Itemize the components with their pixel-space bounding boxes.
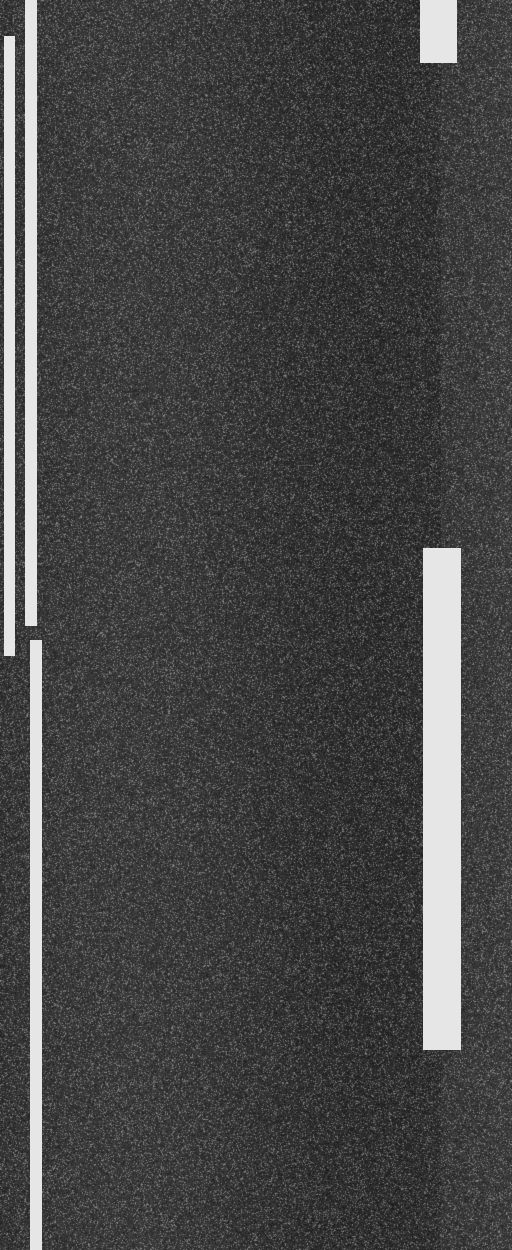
lane-dash-middle bbox=[423, 548, 461, 1050]
lane-dash-top bbox=[420, 0, 457, 63]
road-surface: Aerial top-down view of an asphalt road … bbox=[0, 0, 512, 1250]
edge-line-inner-upper bbox=[25, 0, 37, 626]
edge-line-outer bbox=[4, 36, 15, 656]
edge-line-inner-lower bbox=[30, 640, 42, 1250]
